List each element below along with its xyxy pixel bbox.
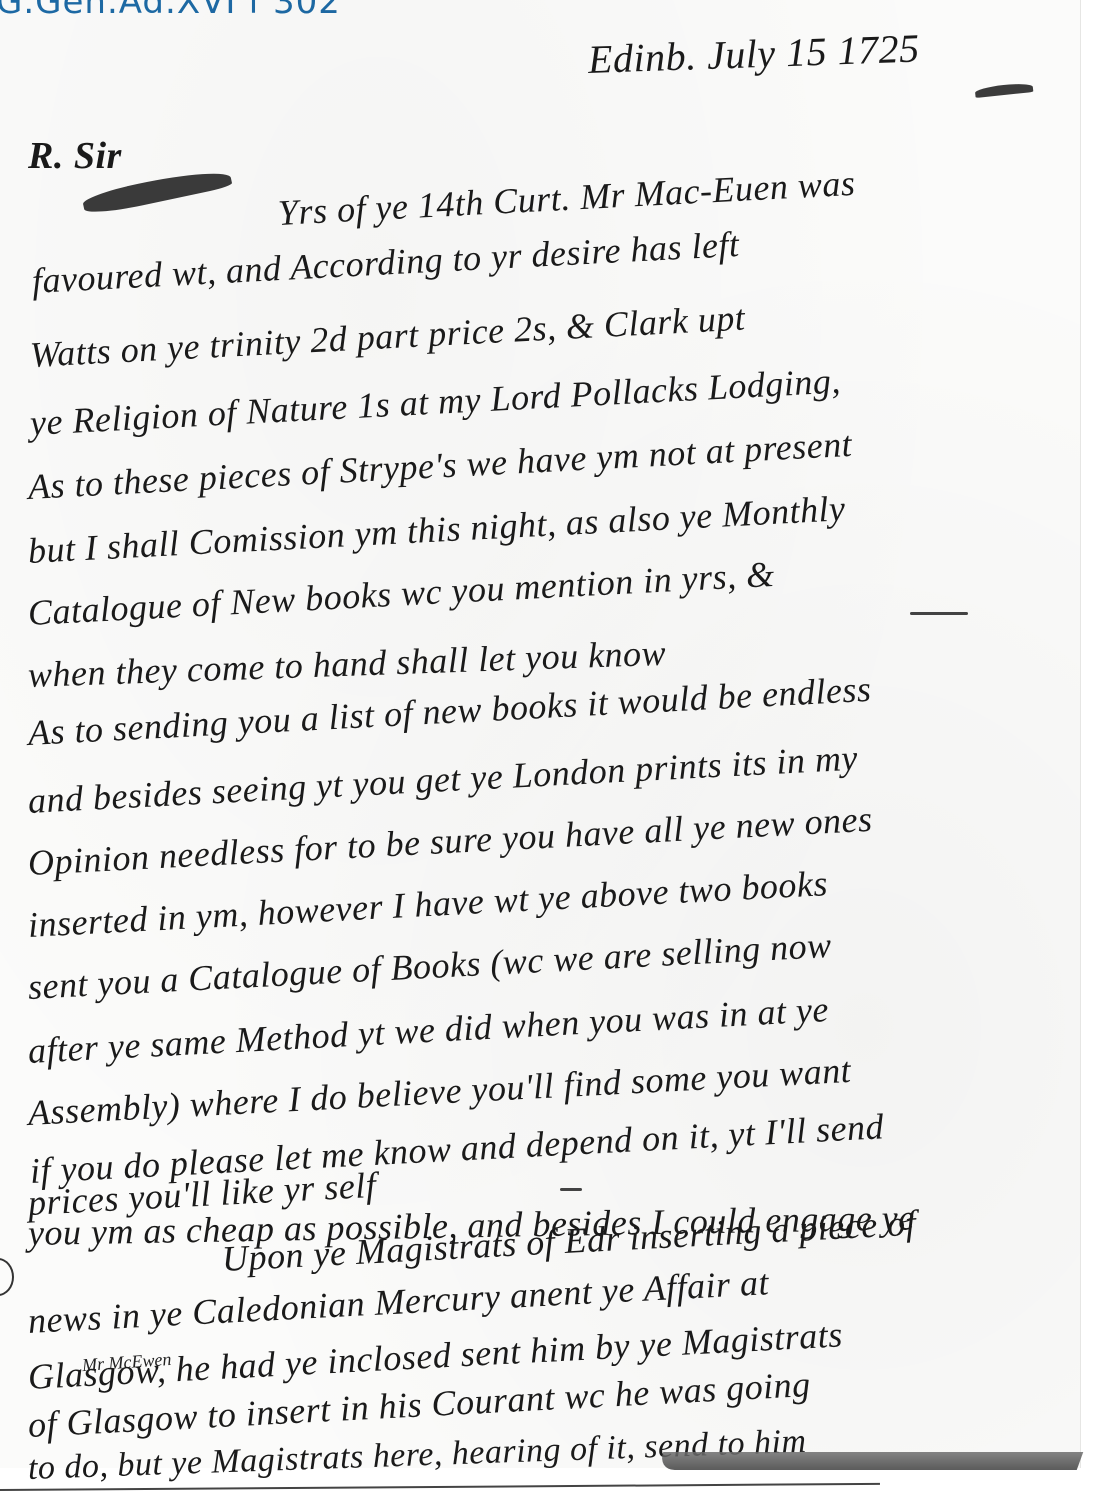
manuscript-page: G.Gen.Ad.XVI f 302 Edinb. July 15 1725 R… (0, 0, 1081, 1468)
line-end-dash (560, 1188, 582, 1191)
letter-line: Yrs of ye 14th Curt. Mr Mac-Euen was (277, 162, 856, 234)
letter-line: Watts on ye trinity 2d part price 2s, & … (29, 297, 746, 376)
page-fold-shadow (657, 1452, 1084, 1470)
dateline: Edinb. July 15 1725 (587, 24, 920, 83)
archive-reference: G.Gen.Ad.XVI f 302 (0, 0, 341, 22)
margin-mark (0, 1258, 14, 1296)
letter-line: favoured wt, and According to yr desire … (31, 223, 740, 302)
salutation: R. Sir (28, 134, 122, 178)
line-end-dash (910, 612, 968, 615)
flourish-mark (975, 82, 1034, 98)
